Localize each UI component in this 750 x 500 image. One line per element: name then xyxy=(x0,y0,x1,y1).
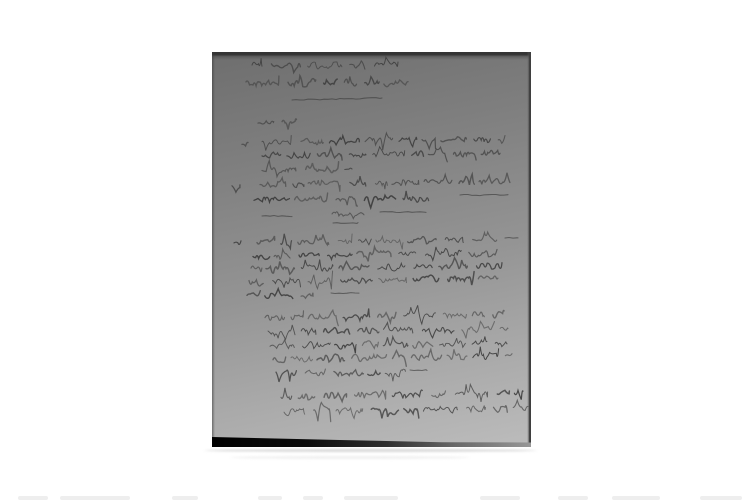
cropped-text-segment xyxy=(700,496,742,500)
cropped-text-segment xyxy=(258,496,282,500)
cropped-text-segment xyxy=(612,496,660,500)
page xyxy=(0,0,750,500)
cropped-text-segment xyxy=(303,496,323,500)
cropped-text-segment xyxy=(480,496,520,500)
cropped-text-segment xyxy=(344,496,398,500)
photo-drop-shadow xyxy=(204,449,537,452)
photo-drop-shadow-faint xyxy=(230,456,470,459)
cropped-text-segment xyxy=(60,496,130,500)
handwritten-letter-photo xyxy=(212,52,531,447)
cropped-text-segment xyxy=(172,496,198,500)
cropped-text-segment xyxy=(18,496,48,500)
cropped-text-segment xyxy=(558,496,588,500)
handwriting-strokes xyxy=(212,52,531,447)
